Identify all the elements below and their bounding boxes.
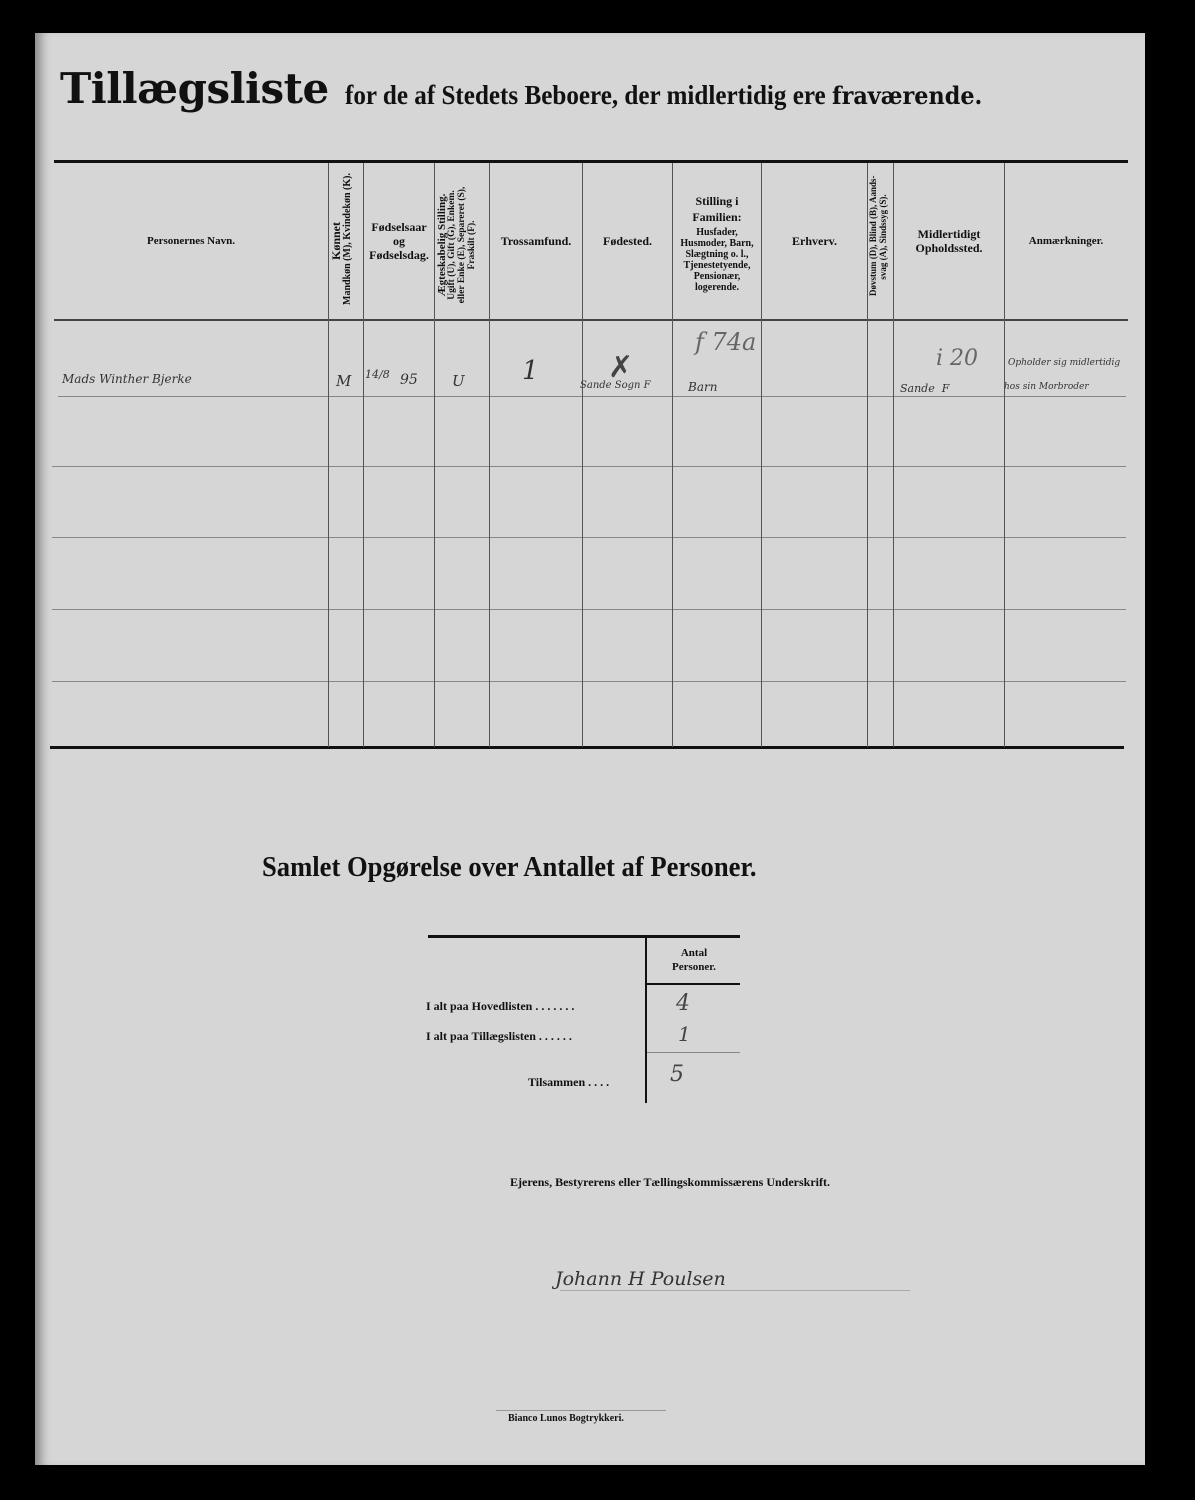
header-sex: Kønnet Mandkøn (M), Kvindekøn (K). xyxy=(331,177,361,305)
row1-sex: M xyxy=(336,372,351,390)
header-remarks: Anmærkninger. xyxy=(1005,163,1127,319)
row1-temp-residence: Sande F xyxy=(900,382,949,395)
form-subtitle-emphasis: fraværende. xyxy=(832,81,982,110)
header-birthplace: Fødested. xyxy=(583,163,672,319)
header-marital-line3: eller Enke (E), Separeret (S), xyxy=(457,179,467,311)
header-temp-residence-label: Midlertidigt Opholdssted. xyxy=(904,227,994,255)
row1-temp-residence-annotation: i 20 xyxy=(936,346,978,371)
row1-birth-year: 95 xyxy=(400,372,418,388)
row1-name: Mads Winther Bjerke xyxy=(62,372,192,386)
row-line xyxy=(58,396,1126,397)
header-birthplace-label: Fødested. xyxy=(603,234,652,248)
header-disability: Døvstum (D), Blind (B), Aands- svag (A),… xyxy=(868,178,892,296)
header-name: Personernes Navn. xyxy=(54,163,328,319)
summary-value-hovedlisten: 4 xyxy=(676,991,690,1016)
summary-total-rule xyxy=(647,1052,740,1053)
header-marital-line2: Ugift (U), Gift (G), Enkem. xyxy=(447,179,457,311)
signature: Johann H Poulsen xyxy=(555,1268,726,1290)
header-marital-line1: Ægteskabelig Stilling. xyxy=(437,179,447,311)
header-sex-line2: Mandkøn (M), Kvindekøn (K). xyxy=(342,177,353,305)
row-line xyxy=(52,609,1126,610)
signature-line xyxy=(560,1290,910,1291)
header-family-position: Stilling i Familien: Husfader, Husmoder,… xyxy=(673,183,761,303)
header-occupation-label: Erhverv. xyxy=(792,234,837,248)
header-disability-line2: svag (A), Sindssyg (S). xyxy=(878,178,888,296)
header-family-position-detail: Husfader, Husmoder, Barn, Slægtning o. l… xyxy=(674,227,760,293)
header-religion-label: Trossamfund. xyxy=(501,234,572,248)
row1-remarks-line1: Opholder sig midlertidig xyxy=(1008,358,1120,368)
header-name-label: Personernes Navn. xyxy=(147,234,235,248)
signature-caption: Ejerens, Bestyrerens eller Tællingskommi… xyxy=(510,1175,830,1190)
row1-marital: U xyxy=(452,372,465,390)
header-sex-line1: Kønnet xyxy=(331,177,342,305)
summary-value-tillaegslisten: 1 xyxy=(678,1022,691,1046)
summary-label-hovedlisten: I alt paa Hovedlisten . . . . . . . xyxy=(426,999,574,1014)
form-subtitle: for de af Stedets Beboere, der midlertid… xyxy=(345,80,982,111)
row-line xyxy=(52,466,1126,467)
row1-family-position: Barn xyxy=(688,380,717,394)
header-family-position-title: Stilling i Familien: xyxy=(682,193,752,225)
summary-title: Samlet Opgørelse over Antallet af Person… xyxy=(262,852,756,884)
summary-col-header-line1: Antal xyxy=(681,946,707,960)
printer-credit: Bianco Lunos Bogtrykkeri. xyxy=(508,1413,624,1424)
header-marital: Ægteskabelig Stilling. Ugift (U), Gift (… xyxy=(437,179,487,311)
printer-rule xyxy=(496,1410,666,1411)
row-line xyxy=(52,537,1126,538)
header-remarks-label: Anmærkninger. xyxy=(1029,234,1103,248)
summary-label-tillaegslisten: I alt paa Tillægslisten . . . . . . xyxy=(426,1029,572,1044)
header-birth-label: Fødselsaar og Fødselsdag. xyxy=(364,220,434,262)
summary-label-tilsammen: Tilsammen . . . . xyxy=(528,1075,609,1090)
summary-header-rule xyxy=(647,983,740,985)
header-occupation: Erhverv. xyxy=(762,163,867,319)
summary-top-rule xyxy=(428,935,740,938)
table-bottom-rule xyxy=(50,746,1124,749)
header-temp-residence: Midlertidigt Opholdssted. xyxy=(894,163,1004,319)
row1-family-annotation: f 74a xyxy=(695,328,756,356)
row-line xyxy=(52,681,1126,682)
col-divider xyxy=(434,163,435,747)
birthplace-check-mark: ✗ xyxy=(608,350,633,385)
header-religion: Trossamfund. xyxy=(490,163,582,319)
form-title: Tillægsliste xyxy=(60,64,329,113)
header-marital-line4: Fraskilt (F). xyxy=(467,179,477,311)
header-bottom-rule xyxy=(54,319,1128,321)
summary-divider xyxy=(645,938,647,1103)
summary-col-header-line2: Personer. xyxy=(672,960,716,974)
row1-remarks-line2: hos sin Morbroder xyxy=(1004,382,1089,392)
header-disability-line1: Døvstum (D), Blind (B), Aands- xyxy=(868,178,878,296)
row1-birth-daymonth: 14/8 xyxy=(365,368,390,381)
summary-col-header: Antal Personer. xyxy=(648,940,740,980)
header-birth: Fødselsaar og Fødselsdag. xyxy=(364,163,434,319)
form-subtitle-text: for de af Stedets Beboere, der midlertid… xyxy=(345,80,826,110)
summary-value-tilsammen: 5 xyxy=(670,1062,684,1087)
row1-religion: 1 xyxy=(522,356,539,386)
